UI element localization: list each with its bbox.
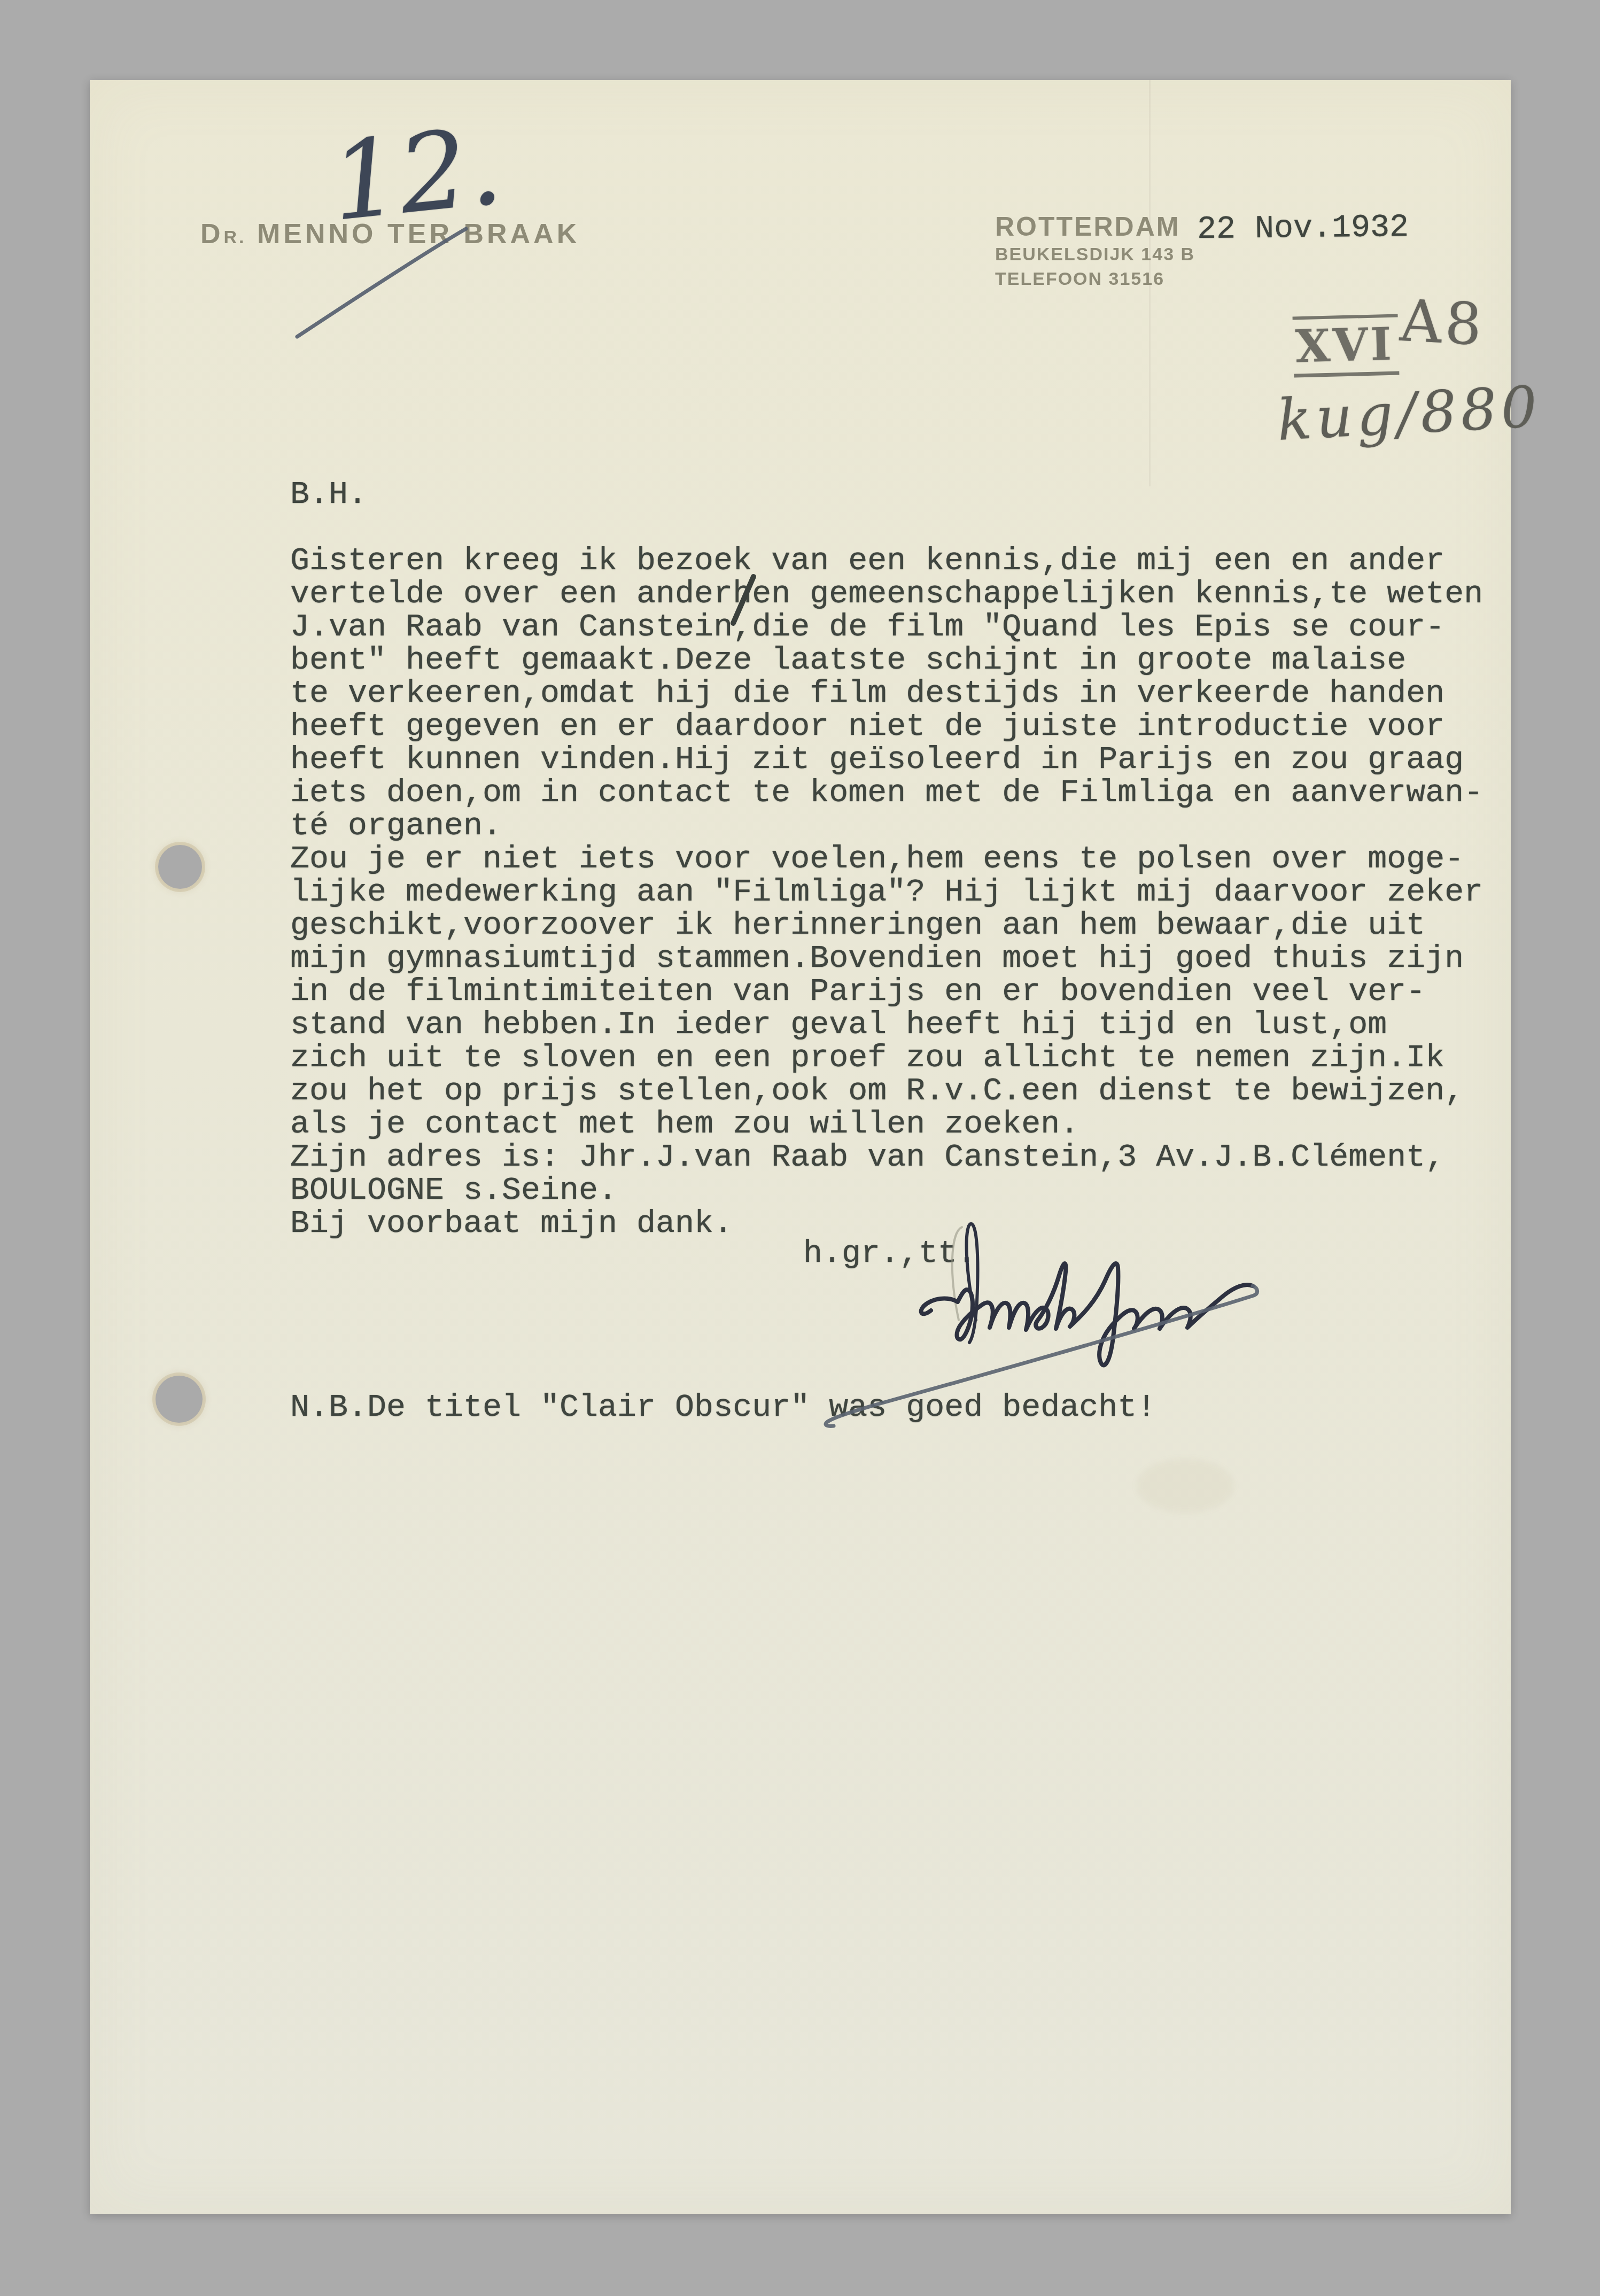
typed-line: zou het op prijs stellen,ook om R.v.C.ee… <box>290 1075 1483 1108</box>
typed-line: heeft kunnen vinden.Hij zit geïsoleerd i… <box>290 743 1483 777</box>
typed-line: BOULOGNE s.Seine. <box>290 1174 1483 1207</box>
letterhead-telephone: TELEFOON 31516 <box>995 269 1164 290</box>
typed-line: te verkeeren,omdat hij die film destijds… <box>290 677 1483 710</box>
typed-line: iets doen,om in contact te komen met de … <box>290 777 1483 810</box>
letter-page: DR. MENNO TER BRAAK ROTTERDAM BEUKELSDIJ… <box>90 80 1511 2214</box>
handwritten-page-number: 12. <box>325 104 508 245</box>
scan-background: DR. MENNO TER BRAAK ROTTERDAM BEUKELSDIJ… <box>0 0 1600 2296</box>
typed-line: té organen. <box>290 810 1483 843</box>
letter-body: B.H. Gisteren kreeg ik bezoek van een ke… <box>290 478 1483 1240</box>
paper-stain <box>1137 1459 1233 1512</box>
punch-hole-top <box>158 845 202 889</box>
letter-closing: h.gr.,tt. <box>803 1237 976 1270</box>
punch-hole-bottom <box>156 1376 203 1423</box>
typed-line: in de filmintimiteiten van Parijs en er … <box>290 975 1483 1009</box>
letter-postscript: N.B.De titel "Clair Obscur" was goed bed… <box>290 1391 1156 1424</box>
typed-line: Gisteren kreeg ik bezoek van een kennis,… <box>290 545 1483 578</box>
typed-line: mijn gymnasiumtijd stammen.Bovendien moe… <box>290 942 1483 975</box>
typed-line: B.H. <box>290 478 1483 511</box>
typed-line: lijke medewerking aan "Filmliga"? Hij li… <box>290 876 1483 909</box>
letter-date: 22 Nov.1932 <box>1197 211 1409 246</box>
typed-line: bent" heeft gemaakt.Deze laatste schijnt… <box>290 644 1483 677</box>
typed-line: stand van hebben.In ieder geval heeft hi… <box>290 1009 1483 1042</box>
typed-line: vertelde over een anderhen gemeenschappe… <box>290 578 1483 611</box>
typed-line: als je contact met hem zou willen zoeken… <box>290 1108 1483 1141</box>
typed-line: Zou je er niet iets voor voelen,hem eens… <box>290 843 1483 876</box>
pencil-reference-number: kug/880 <box>1276 374 1543 453</box>
typed-line: Zijn adres is: Jhr.J.van Raab van Canste… <box>290 1141 1483 1174</box>
pencil-classification-sub: A8 <box>1399 288 1487 359</box>
letterhead-title-suffix: R. <box>224 227 246 247</box>
letterhead-title-initial: D <box>200 219 224 250</box>
typed-line: J.van Raab van Canstein,die de film "Qua… <box>290 611 1483 644</box>
typed-line: zich uit te sloven en een proef zou alli… <box>290 1042 1483 1075</box>
typed-line: geschikt,voorzoover ik herinneringen aan… <box>290 909 1483 942</box>
letterhead-street: BEUKELSDIJK 143 B <box>995 244 1195 265</box>
letterhead-city: ROTTERDAM <box>995 211 1180 242</box>
typed-line <box>290 511 1483 545</box>
pencil-classification-code: XVI <box>1293 314 1400 377</box>
typed-line: heeft gegeven en er daardoor niet de jui… <box>290 710 1483 743</box>
